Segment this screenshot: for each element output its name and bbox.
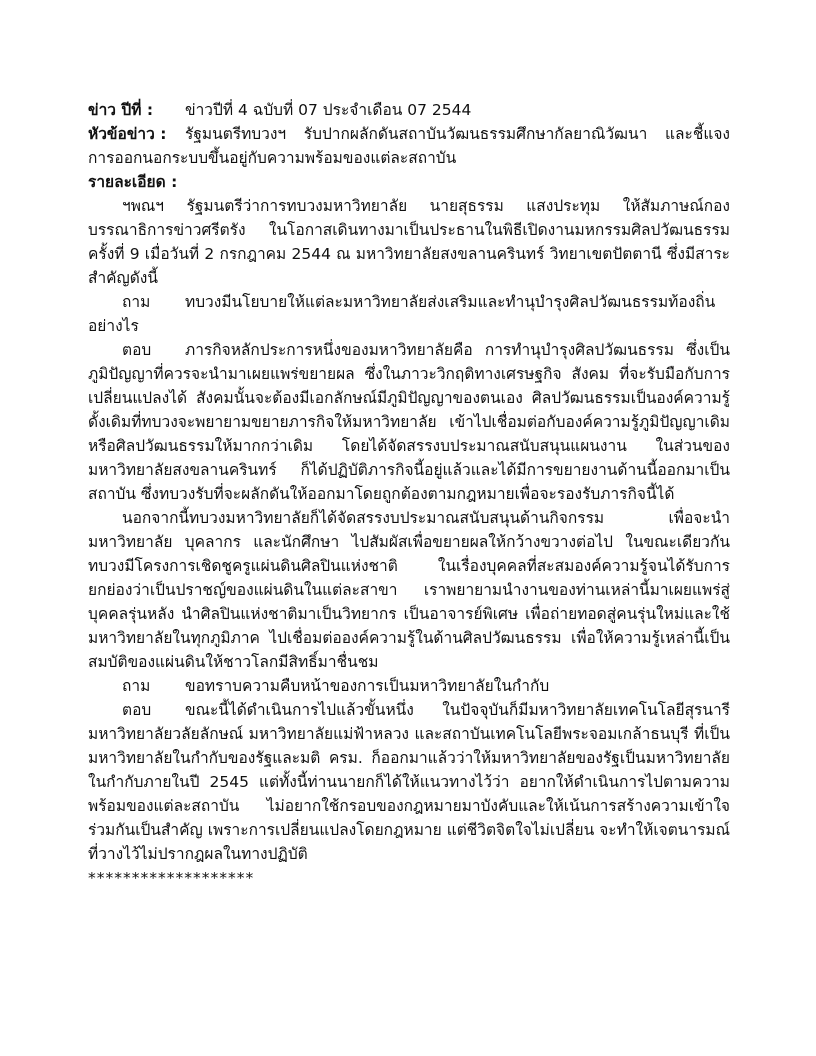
detail-section-row: รายละเอียด : <box>88 170 730 194</box>
detail-label: รายละเอียด : <box>88 173 177 191</box>
asterisk-separator: ******************* <box>88 866 730 890</box>
document-page: ข่าว ปีที่ :ข่าวปีที่ 4 ฉบับที่ 07 ประจำ… <box>0 0 816 1056</box>
question-1-label: ถาม <box>122 290 185 314</box>
headline-label: หัวข้อข่าว : <box>88 122 185 146</box>
question-2: ถามขอทราบความคืบหน้าของการเป็นมหาวิทยาลั… <box>88 674 730 698</box>
answer-1: ตอบภารกิจหลักประการหนึ่งของมหาวิทยาลัยคื… <box>88 338 730 506</box>
question-2-text: ขอทราบความคืบหน้าของการเป็นมหาวิทยาลัยใน… <box>185 677 549 695</box>
paragraph-intro: ฯพณฯ รัฐมนตรีว่าการทบวงมหาวิทยาลัย นายสุ… <box>88 194 730 290</box>
news-year-value: ข่าวปีที่ 4 ฉบับที่ 07 ประจำเดือน 07 254… <box>185 101 471 119</box>
news-year-row: ข่าว ปีที่ :ข่าวปีที่ 4 ฉบับที่ 07 ประจำ… <box>88 98 730 122</box>
answer-2: ตอบขณะนี้ได้ดำเนินการไปแล้วขั้นหนึ่ง ในป… <box>88 698 730 866</box>
paragraph-projects: นอกจากนี้ทบวงมหาวิทยาลัยก็ได้จัดสรรงบประ… <box>88 506 730 674</box>
news-year-label: ข่าว ปีที่ : <box>88 98 185 122</box>
answer-1-label: ตอบ <box>122 338 185 362</box>
answer-1-text: ภารกิจหลักประการหนึ่งของมหาวิทยาลัยคือ ก… <box>88 341 730 503</box>
answer-2-text: ขณะนี้ได้ดำเนินการไปแล้วขั้นหนึ่ง ในปัจจ… <box>88 701 730 863</box>
answer-2-label: ตอบ <box>122 698 185 722</box>
headline-row: หัวข้อข่าว :รัฐมนตรีทบวงฯ รับปากผลักดันส… <box>88 122 730 170</box>
question-1: ถามทบวงมีนโยบายให้แต่ละมหาวิทยาลัยส่งเสร… <box>88 290 730 338</box>
question-2-label: ถาม <box>122 674 185 698</box>
headline-text: รัฐมนตรีทบวงฯ รับปากผลักดันสถาบันวัฒนธรร… <box>88 125 730 167</box>
